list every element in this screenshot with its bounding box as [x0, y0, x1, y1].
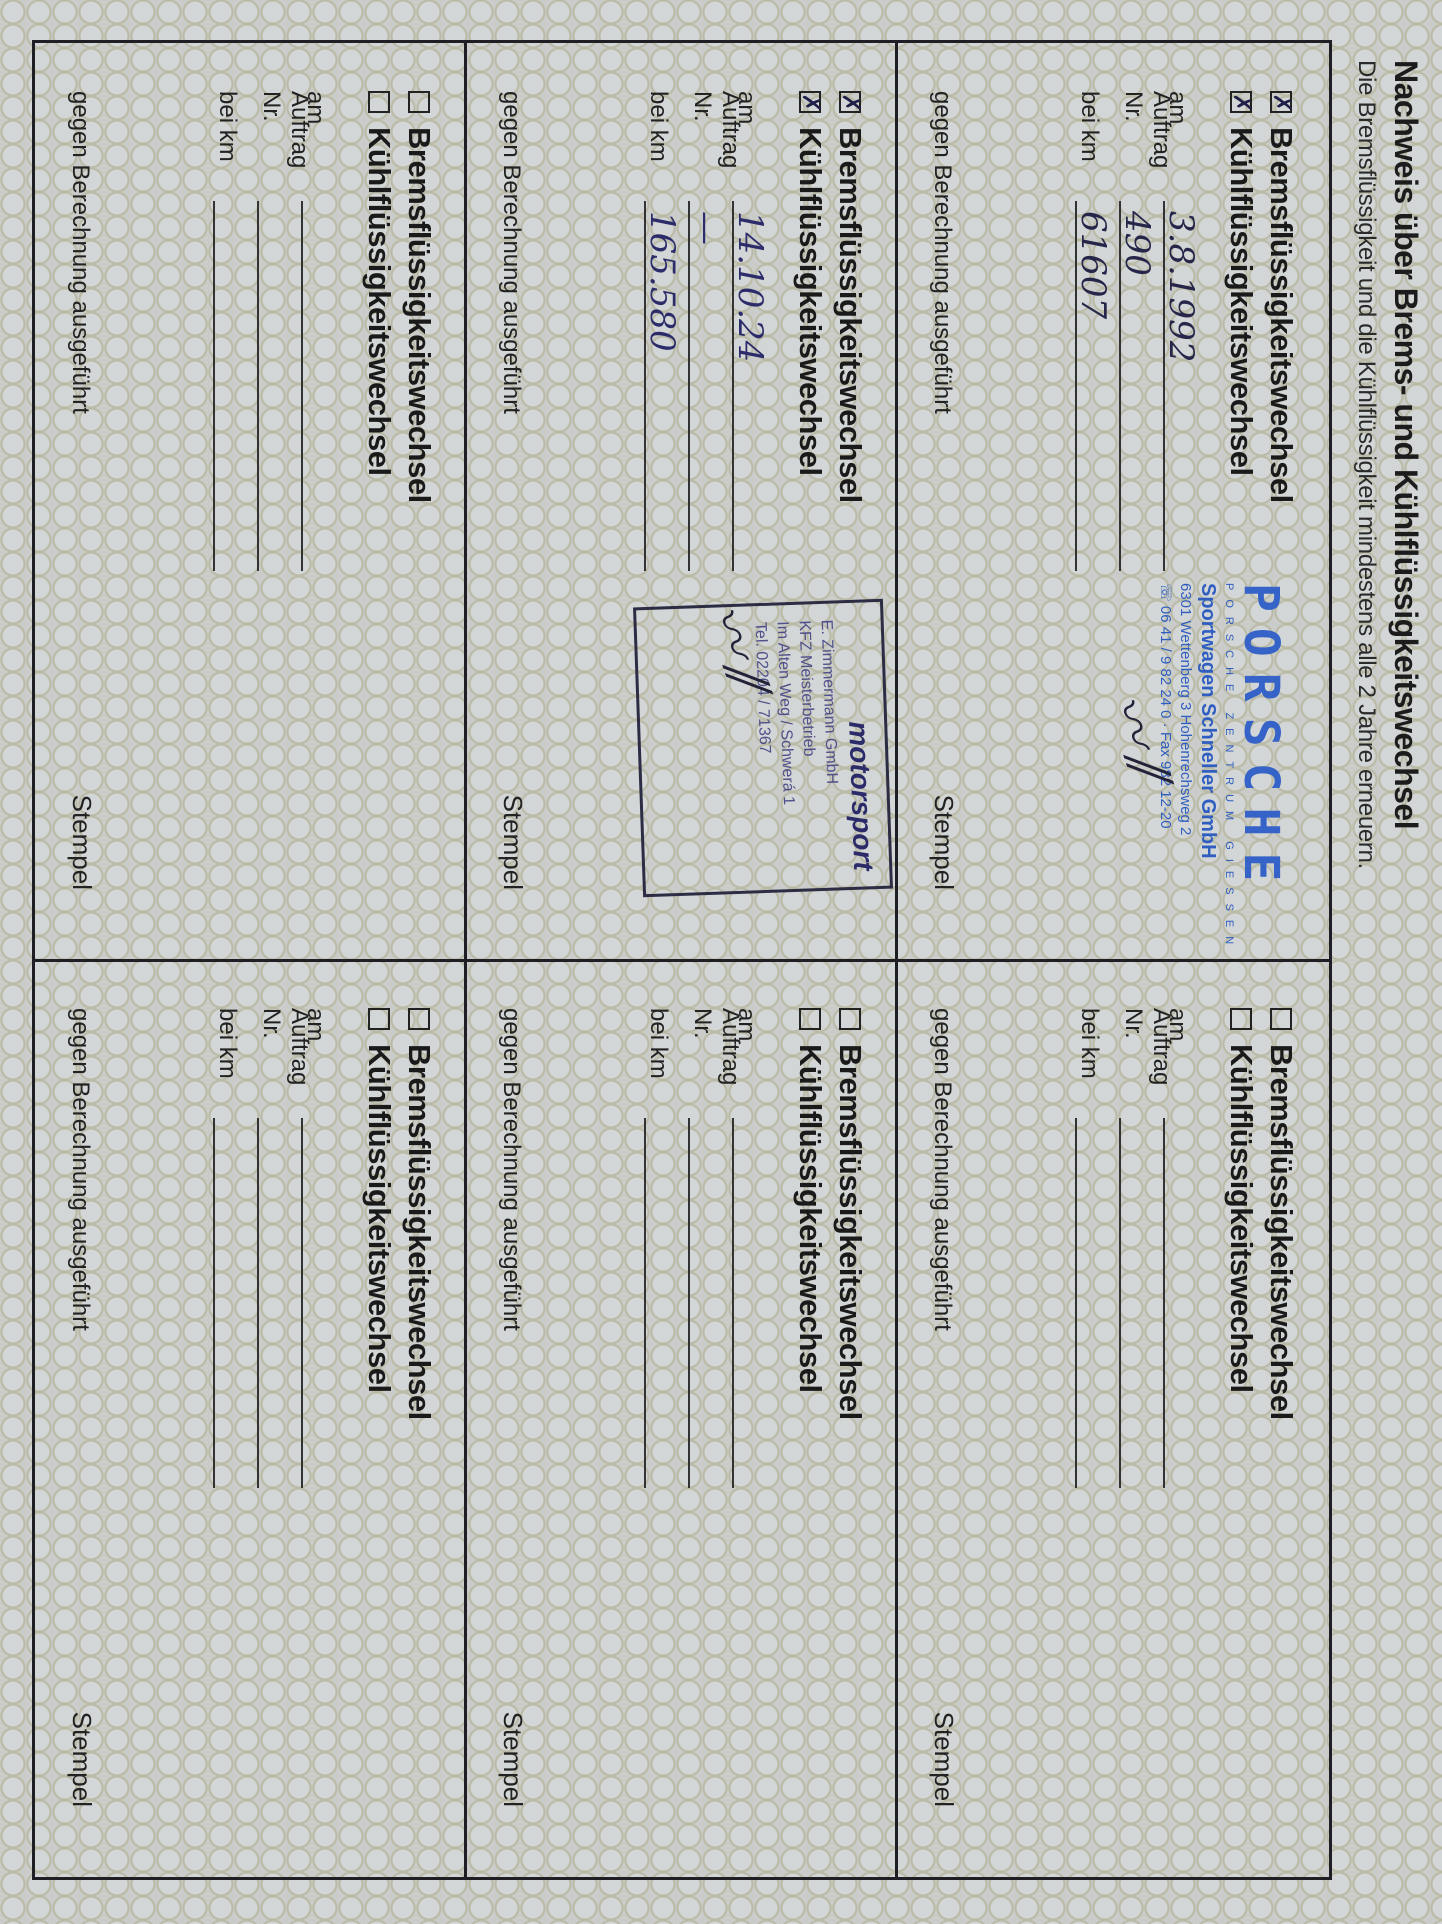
- service-record-sheet: Nachweis über Brems- und Kühlflüssigkeit…: [0, 0, 1442, 1924]
- stamp-label: Stempel: [66, 795, 97, 890]
- coolant-checkbox[interactable]: [368, 1008, 390, 1030]
- brake-label: Bremsflüssigkeitswechsel: [832, 127, 868, 503]
- coolant-label: Kühlflüssigkeitswechsel: [1223, 1044, 1259, 1393]
- coolant-label: Kühlflüssigkeitswechsel: [1223, 127, 1259, 476]
- coolant-option[interactable]: Kühlflüssigkeitswechsel: [359, 91, 399, 930]
- brake-fluid-option[interactable]: Bremsflüssigkeitswechsel: [399, 1008, 439, 1847]
- date-row: am: [301, 1008, 345, 1847]
- coolant-label: Kühlflüssigkeitswechsel: [361, 1044, 397, 1393]
- date-field[interactable]: [301, 1118, 335, 1488]
- brake-fluid-option[interactable]: Bremsflüssigkeitswechsel: [830, 1008, 870, 1847]
- service-entry: ✗ Bremsflüssigkeitswechsel ✗ Kühlflüssig…: [467, 43, 898, 960]
- brake-checkbox[interactable]: [408, 1008, 430, 1030]
- billing-label: gegen Berechnung ausgeführt: [498, 91, 525, 414]
- order-field[interactable]: 490: [1119, 201, 1153, 571]
- km-label: bei km: [1075, 1008, 1103, 1118]
- km-row: bei km: [213, 91, 257, 930]
- brake-checkbox[interactable]: [839, 1008, 861, 1030]
- coolant-label: Kühlflüssigkeitswechsel: [792, 1044, 828, 1393]
- order-label: Auftrag Nr.: [688, 91, 744, 201]
- km-label: bei km: [213, 91, 241, 201]
- service-entry: Bremsflüssigkeitswechsel Kühlflüssigkeit…: [36, 43, 467, 960]
- km-row: bei km: [1075, 1008, 1119, 1847]
- service-entry: Bremsflüssigkeitswechsel Kühlflüssigkeit…: [898, 960, 1329, 1877]
- stamp-subline: PORSCHE ZENTRUM GIESSEN: [1223, 583, 1235, 1003]
- order-field[interactable]: [257, 201, 291, 571]
- dealer-stamp: PORSCHEPORSCHE ZENTRUM GIESSENSportwagen…: [1157, 583, 1289, 1003]
- document-title: Nachweis über Brems- und Kühlflüssigkeit…: [1387, 60, 1424, 829]
- order-field[interactable]: —: [688, 201, 722, 571]
- coolant-option[interactable]: Kühlflüssigkeitswechsel: [790, 1008, 830, 1847]
- stamp-label: Stempel: [928, 795, 959, 890]
- order-row: Auftrag Nr.: [1119, 1008, 1163, 1847]
- coolant-label: Kühlflüssigkeitswechsel: [792, 127, 828, 476]
- stamp-phone: ☏ 06 41 / 9 82 24 0 · Fax 982 12-20: [1157, 583, 1175, 1003]
- date-field[interactable]: [301, 201, 335, 571]
- coolant-checkbox[interactable]: ✗: [1230, 91, 1252, 113]
- stamp-label: Stempel: [66, 1712, 97, 1807]
- entry-grid: ✗ Bremsflüssigkeitswechsel ✗ Kühlflüssig…: [32, 40, 1332, 1880]
- footer-row: gegen Berechnung ausgeführt Stempel: [497, 91, 525, 930]
- billing-label: gegen Berechnung ausgeführt: [498, 1008, 525, 1331]
- footer-row: gegen Berechnung ausgeführt Stempel: [928, 1008, 956, 1847]
- porsche-logo: PORSCHE: [1233, 583, 1289, 1003]
- km-label: bei km: [213, 1008, 241, 1118]
- order-label: Auftrag Nr.: [257, 1008, 313, 1118]
- brake-label: Bremsflüssigkeitswechsel: [401, 127, 437, 503]
- km-field[interactable]: [1075, 1118, 1109, 1488]
- brake-fluid-option[interactable]: Bremsflüssigkeitswechsel: [1261, 1008, 1301, 1847]
- brake-label: Bremsflüssigkeitswechsel: [401, 1044, 437, 1420]
- coolant-checkbox[interactable]: [368, 91, 390, 113]
- date-field[interactable]: [1163, 1118, 1197, 1488]
- stamp-label: Stempel: [497, 795, 528, 890]
- km-field[interactable]: 61607: [1075, 201, 1109, 571]
- footer-row: gegen Berechnung ausgeführt Stempel: [66, 91, 94, 930]
- brake-checkbox[interactable]: ✗: [1270, 91, 1292, 113]
- order-field[interactable]: [1119, 1118, 1153, 1488]
- coolant-option[interactable]: Kühlflüssigkeitswechsel: [1221, 1008, 1261, 1847]
- date-field[interactable]: 14.10.24: [732, 201, 766, 571]
- billing-label: gegen Berechnung ausgeführt: [929, 1008, 956, 1331]
- billing-label: gegen Berechnung ausgeführt: [67, 91, 94, 414]
- km-field[interactable]: [213, 1118, 247, 1488]
- coolant-checkbox[interactable]: [799, 1008, 821, 1030]
- footer-row: gegen Berechnung ausgeführt Stempel: [497, 1008, 525, 1847]
- brake-label: Bremsflüssigkeitswechsel: [832, 1044, 868, 1420]
- motorsport-logo: motorsport: [839, 618, 880, 871]
- order-field[interactable]: [257, 1118, 291, 1488]
- order-label: Auftrag Nr.: [1119, 1008, 1175, 1118]
- service-entry: Bremsflüssigkeitswechsel Kühlflüssigkeit…: [467, 960, 898, 1877]
- km-label: bei km: [644, 91, 672, 201]
- km-field[interactable]: [644, 1118, 678, 1488]
- order-field[interactable]: [688, 1118, 722, 1488]
- footer-row: gegen Berechnung ausgeführt Stempel: [928, 91, 956, 930]
- brake-checkbox[interactable]: ✗: [839, 91, 861, 113]
- billing-label: gegen Berechnung ausgeführt: [929, 91, 956, 414]
- coolant-option[interactable]: Kühlflüssigkeitswechsel: [359, 1008, 399, 1847]
- service-entry: Bremsflüssigkeitswechsel Kühlflüssigkeit…: [36, 960, 467, 1877]
- km-field[interactable]: 165.580: [644, 201, 678, 571]
- coolant-checkbox[interactable]: [1230, 1008, 1252, 1030]
- service-entry: ✗ Bremsflüssigkeitswechsel ✗ Kühlflüssig…: [898, 43, 1329, 960]
- document-subtitle: Die Bremsflüssigkeit und die Kühlflüssig…: [1352, 60, 1380, 869]
- order-row: Auftrag Nr.: [257, 1008, 301, 1847]
- km-label: bei km: [644, 1008, 672, 1118]
- coolant-checkbox[interactable]: ✗: [799, 91, 821, 113]
- date-field[interactable]: 3.8.1992: [1163, 201, 1197, 571]
- brake-checkbox[interactable]: [408, 91, 430, 113]
- brake-label: Bremsflüssigkeitswechsel: [1263, 1044, 1299, 1420]
- billing-label: gegen Berechnung ausgeführt: [67, 1008, 94, 1331]
- km-field[interactable]: [213, 201, 247, 571]
- date-field[interactable]: [732, 1118, 766, 1488]
- brake-fluid-option[interactable]: Bremsflüssigkeitswechsel: [399, 91, 439, 930]
- km-row: bei km: [213, 1008, 257, 1847]
- stamp-label: Stempel: [928, 1712, 959, 1807]
- stamp-address: 6301 Wettenberg 3 Hohenrechsweg 2: [1177, 583, 1194, 1003]
- order-label: Auftrag Nr.: [257, 91, 313, 201]
- km-label: bei km: [1075, 91, 1103, 201]
- stamp-company: Sportwagen Schneller GmbH: [1196, 583, 1219, 1003]
- km-row: bei km: [644, 1008, 688, 1847]
- brake-label: Bremsflüssigkeitswechsel: [1263, 127, 1299, 503]
- coolant-label: Kühlflüssigkeitswechsel: [361, 127, 397, 476]
- date-row: am: [732, 1008, 776, 1847]
- footer-row: gegen Berechnung ausgeführt Stempel: [66, 1008, 94, 1847]
- stamp-label: Stempel: [497, 1712, 528, 1807]
- km-row: bei km 61607: [1075, 91, 1119, 930]
- date-row: am: [301, 91, 345, 930]
- order-label: Auftrag Nr.: [688, 1008, 744, 1118]
- order-row: Auftrag Nr.: [688, 1008, 732, 1847]
- order-label: Auftrag Nr.: [1119, 91, 1175, 201]
- date-row: am: [1163, 1008, 1207, 1847]
- brake-checkbox[interactable]: [1270, 1008, 1292, 1030]
- order-row: Auftrag Nr.: [257, 91, 301, 930]
